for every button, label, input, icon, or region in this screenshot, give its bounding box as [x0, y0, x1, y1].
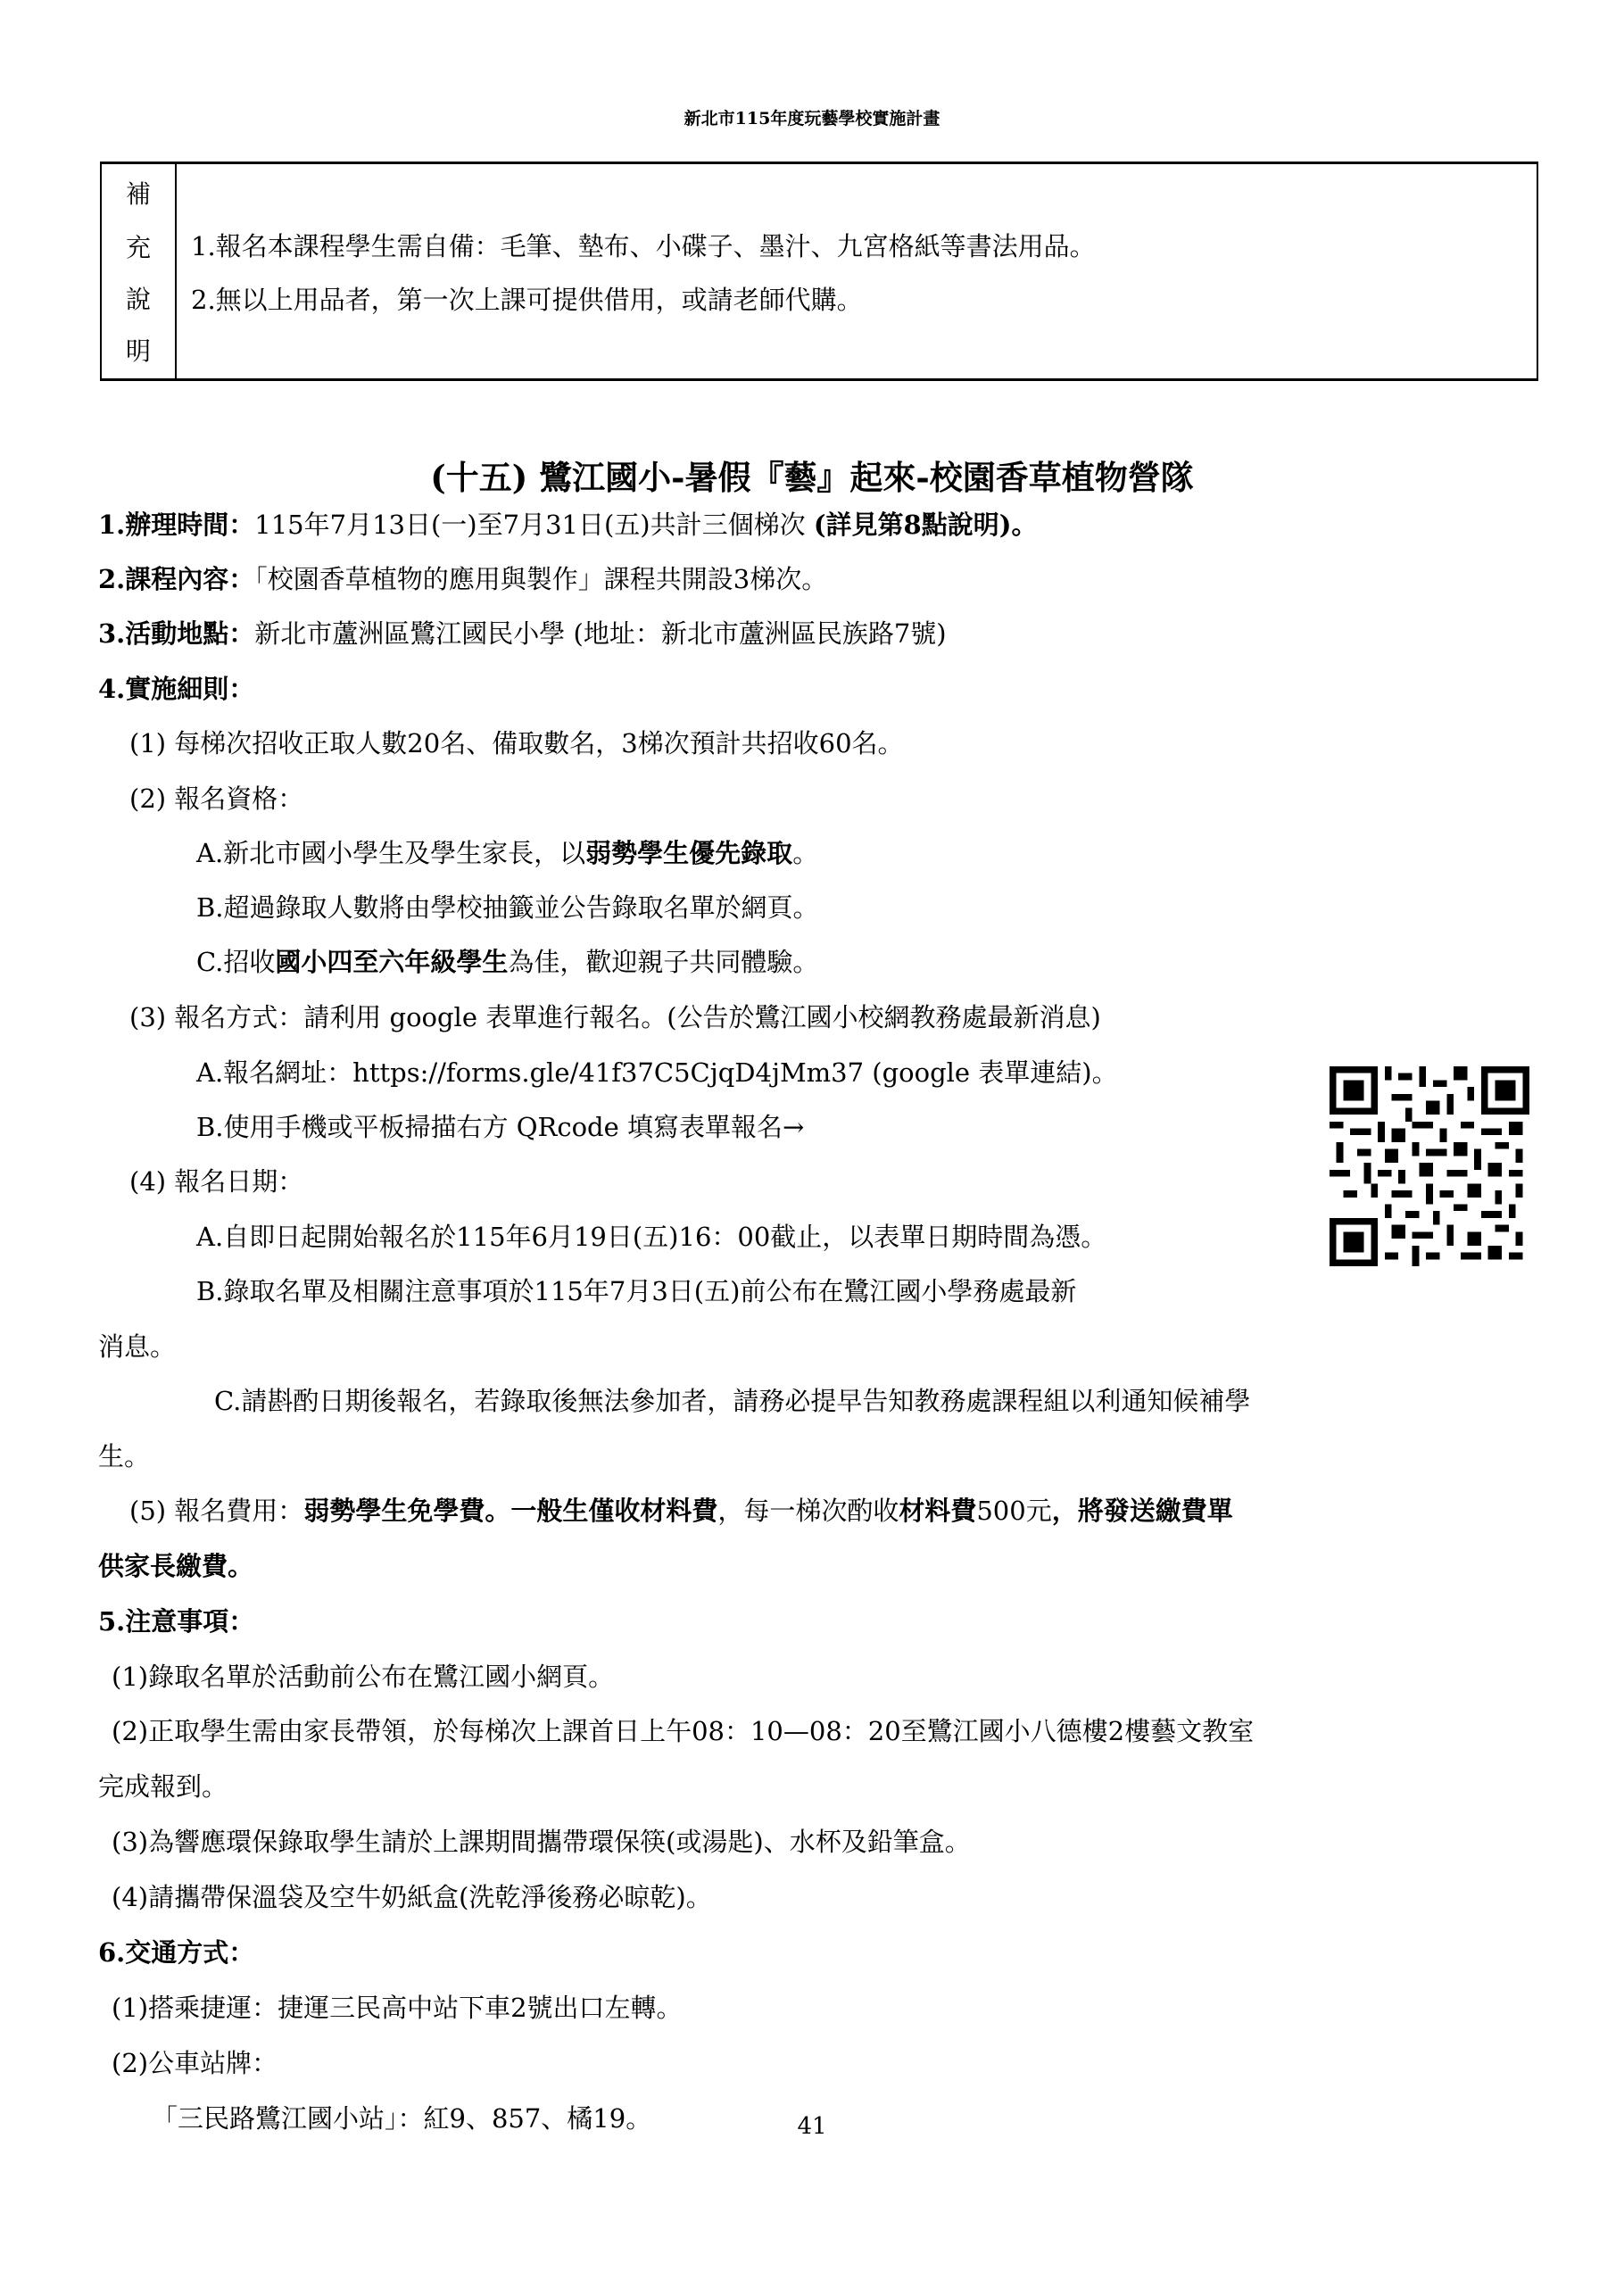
text: (5) 報名費用：	[129, 1496, 303, 1526]
item-text: 115年7月13日(一)至7月31日(五)共計三個梯次	[254, 510, 805, 540]
table-label-char: 充	[102, 228, 175, 264]
rule-3b: B.使用手機或平板掃描右方 QRcode 填寫表單報名→	[196, 1107, 804, 1144]
rule-2a: A.新北市國小學生及學生家長，以弱勢學生優先錄取。	[196, 833, 818, 870]
item-note: (詳見第8點說明)。	[814, 510, 1038, 540]
item-label: 2.課程內容：	[98, 564, 254, 594]
transport-label: 6.交通方式：	[98, 1933, 254, 1969]
rule-3a: A.報名網址：https://forms.gle/41f37C5CjqD4jMm…	[196, 1053, 1118, 1090]
note-1: (1)錄取名單於活動前公布在鷺江國小網頁。	[112, 1657, 614, 1694]
registration-link[interactable]: https://forms.gle/41f37C5CjqD4jMm37	[352, 1057, 864, 1088]
item-label: 3.活動地點：	[98, 618, 254, 649]
rule-5-cont: 供家長繳費。	[98, 1546, 253, 1583]
table-label-char: 明	[102, 332, 175, 368]
text-bold: ，將發送繳費單	[1052, 1496, 1233, 1526]
rule-1: (1) 每梯次招收正取人數20名、備取數名，3梯次預計共招收60名。	[129, 724, 904, 760]
section-title: (十五) 鷺江國小-暑假『藝』起來-校園香草植物營隊	[0, 451, 1624, 499]
rule-3: (3) 報名方式：請利用 google 表單進行報名。(公告於鷺江國小校網教務處…	[129, 998, 1101, 1034]
transport-1: (1)搭乘捷運：捷運三民高中站下車2號出口左轉。	[112, 1988, 683, 2025]
supplement-line-2: 2.無以上用品者，第一次上課可提供借用，或請老師代購。	[191, 280, 863, 317]
item-time: 1.辦理時間：115年7月13日(一)至7月31日(五)共計三個梯次 (詳見第8…	[98, 505, 1037, 542]
text: ，每一梯次酌收	[717, 1496, 899, 1526]
note-2-cont: 完成報到。	[98, 1767, 228, 1803]
table-divider	[175, 164, 177, 378]
rule-4b: B.錄取名單及相關注意事項於115年7月3日(五)前公布在鷺江國小學務處最新	[196, 1272, 1076, 1308]
rule-2: (2) 報名資格：	[129, 779, 303, 816]
supplement-table: 補 充 說 明 1.報名本課程學生需自備：毛筆、墊布、小碟子、墨汁、九宮格紙等書…	[100, 162, 1538, 381]
item-text: 「校園香草植物的應用與製作」課程共開設3梯次。	[254, 564, 827, 594]
rule-4: (4) 報名日期：	[129, 1162, 303, 1198]
text: 為佳，歡迎親子共同體驗。	[508, 947, 818, 977]
item-location: 3.活動地點：新北市蘆洲區鷺江國民小學 (地址：新北市蘆洲區民族路7號)	[98, 614, 947, 651]
text: A.報名網址：	[196, 1057, 352, 1088]
rule-4a: A.自即日起開始報名於115年6月19日(五)16：00截止，以表單日期時間為憑…	[196, 1217, 1106, 1254]
rule-5: (5) 報名費用：弱勢學生免學費。一般生僅收材料費，每一梯次酌收材料費500元，…	[129, 1491, 1233, 1528]
text: 500元	[976, 1496, 1051, 1526]
table-label-char: 補	[102, 175, 175, 211]
notes-label: 5.注意事項：	[98, 1602, 254, 1638]
page-number: 41	[0, 2113, 1624, 2140]
qr-code-icon[interactable]	[1330, 1063, 1529, 1270]
supplement-line-1: 1.報名本課程學生需自備：毛筆、墊布、小碟子、墨汁、九宮格紙等書法用品。	[191, 227, 1096, 263]
note-3: (3)為響應環保錄取學生請於上課期間攜帶環保筷(或湯匙)、水杯及鉛筆盒。	[112, 1822, 971, 1859]
text-bold: 材料費	[899, 1496, 976, 1526]
item-text: 新北市蘆洲區鷺江國民小學 (地址：新北市蘆洲區民族路7號)	[254, 618, 946, 649]
text-bold: 弱勢學生免學費。一般生僅收材料費	[303, 1496, 717, 1526]
rule-4b-cont: 消息。	[98, 1327, 176, 1364]
text: A.新北市國小學生及學生家長，以	[196, 838, 585, 868]
text-bold: 國小四至六年級學生	[275, 947, 508, 977]
table-label-char: 說	[102, 280, 175, 316]
item-label: 1.辦理時間：	[98, 510, 254, 540]
rule-2c: C.招收國小四至六年級學生為佳，歡迎親子共同體驗。	[196, 942, 818, 979]
text: C.招收	[196, 947, 275, 977]
text: 。	[792, 838, 818, 868]
note-2: (2)正取學生需由家長帶領，於每梯次上課首日上午08：10—08：20至鷺江國小…	[112, 1712, 1254, 1748]
text-bold: 弱勢學生優先錄取	[585, 838, 792, 868]
note-4: (4)請攜帶保溫袋及空牛奶紙盒(洗乾淨後務必晾乾)。	[112, 1877, 712, 1914]
transport-2: (2)公車站牌：	[112, 2043, 278, 2080]
text: (google 表單連結)。	[864, 1057, 1118, 1088]
rule-2b: B.超過錄取人數將由學校抽籤並公告錄取名單於網頁。	[196, 888, 819, 924]
page-header: 新北市115年度玩藝學校實施計畫	[0, 105, 1624, 129]
item-content: 2.課程內容：「校園香草植物的應用與製作」課程共開設3梯次。	[98, 559, 827, 596]
rule-4c-cont: 生。	[98, 1437, 150, 1473]
rule-4c: C.請斟酌日期後報名，若錄取後無法參加者，請務必提早告知教務處課程組以利通知候補…	[214, 1381, 1250, 1418]
item-rules-label: 4.實施細則：	[98, 669, 254, 706]
